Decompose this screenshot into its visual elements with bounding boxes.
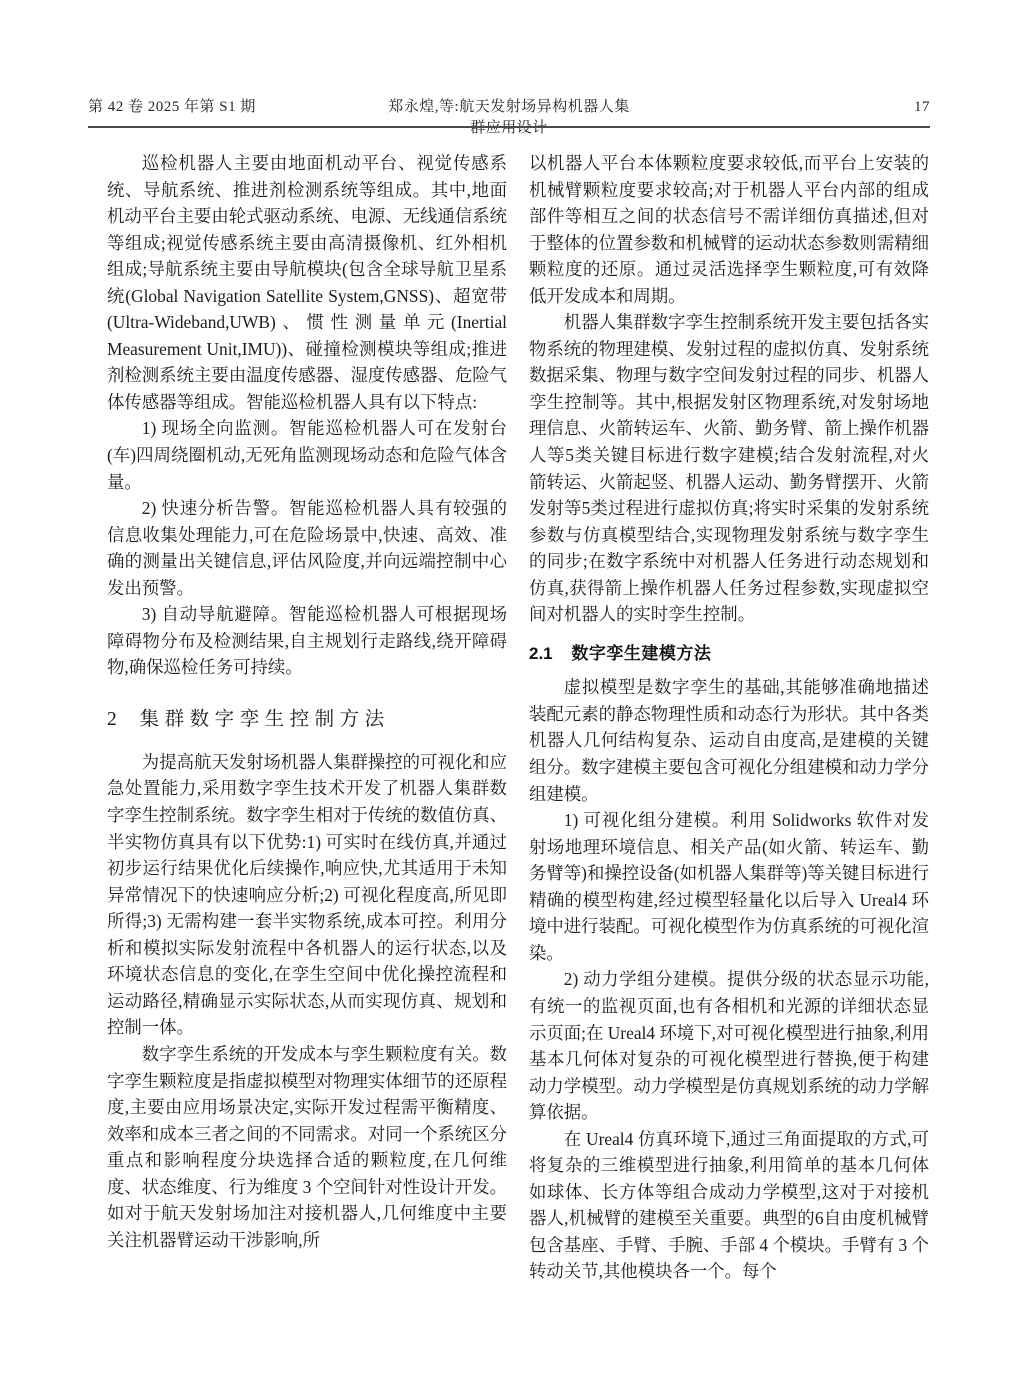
paragraph-system-development: 机器人集群数字孪生控制系统开发主要包括各实物系统的物理建模、发射过程的虚拟仿真、… [529, 309, 929, 628]
left-column: 巡检机器人主要由地面机动平台、视觉传感系统、导航系统、推进剂检测系统等组成。其中… [107, 150, 507, 1285]
page-header: 第 42 卷 2025 年第 S1 期 郑永煌,等:航天发射场异构机器人集群应用… [88, 95, 930, 137]
paragraph-twin-granularity: 数字孪生系统的开发成本与孪生颗粒度有关。数字孪生颗粒度是指虚拟模型对物理实体细节… [107, 1041, 507, 1253]
list-item-feature-2: 2) 快速分析告警。智能巡检机器人具有较强的信息收集处理能力,可在危险场景中,快… [107, 495, 507, 601]
paragraph-digital-twin-intro: 为提高航天发射场机器人集群操控的可视化和应急处置能力,采用数字孪生技术开发了机器… [107, 749, 507, 1041]
section-2-number: 2 [107, 709, 117, 730]
list-item-feature-3: 3) 自动导航避障。智能巡检机器人可根据现场障碍物分布及检测结果,自主规划行走路… [107, 601, 507, 681]
header-page-number: 17 [630, 99, 930, 116]
paragraph-granularity-continued: 以机器人平台本体颗粒度要求较低,而平台上安装的机械臂颗粒度要求较高;对于机器人平… [529, 150, 929, 309]
paper-page: 第 42 卷 2025 年第 S1 期 郑永煌,等:航天发射场异构机器人集群应用… [0, 0, 1020, 1375]
paragraph-ureal4-simulation: 在 Ureal4 仿真环境下,通过三角面提取的方式,可将复杂的三维模型进行抽象,… [529, 1126, 929, 1285]
header-running-title: 郑永煌,等:航天发射场异构机器人集群应用设计 [388, 95, 630, 137]
section-heading-2-1: 2.1 数字孪生建模方法 [529, 641, 929, 668]
header-rule [88, 126, 930, 128]
paragraph-virtual-model: 虚拟模型是数字孪生的基础,其能够准确地描述装配元素的静态物理性质和动态行为形状。… [529, 674, 929, 807]
two-column-body: 巡检机器人主要由地面机动平台、视觉传感系统、导航系统、推进剂检测系统等组成。其中… [107, 150, 929, 1285]
section-2-1-title: 数字孪生建模方法 [571, 644, 711, 663]
right-column: 以机器人平台本体颗粒度要求较低,而平台上安装的机械臂颗粒度要求较高;对于机器人平… [529, 150, 929, 1285]
section-2-1-number: 2.1 [529, 644, 553, 663]
header-volume-issue: 第 42 卷 2025 年第 S1 期 [88, 95, 388, 116]
list-item-feature-1: 1) 现场全向监测。智能巡检机器人可在发射台(车)四周绕圈机动,无死角监测现场动… [107, 415, 507, 495]
paragraph-inspection-robot-composition: 巡检机器人主要由地面机动平台、视觉传感系统、导航系统、推进剂检测系统等组成。其中… [107, 150, 507, 415]
section-heading-2: 2 集群数字孪生控制方法 [107, 706, 507, 734]
list-item-visual-modeling: 1) 可视化组分建模。利用 Solidworks 软件对发射场地理环境信息、相关… [529, 807, 929, 966]
section-2-title: 集群数字孪生控制方法 [140, 709, 390, 730]
list-item-dynamics-modeling: 2) 动力学组分建模。提供分级的状态显示功能,有统一的监视页面,也有各相机和光源… [529, 966, 929, 1125]
